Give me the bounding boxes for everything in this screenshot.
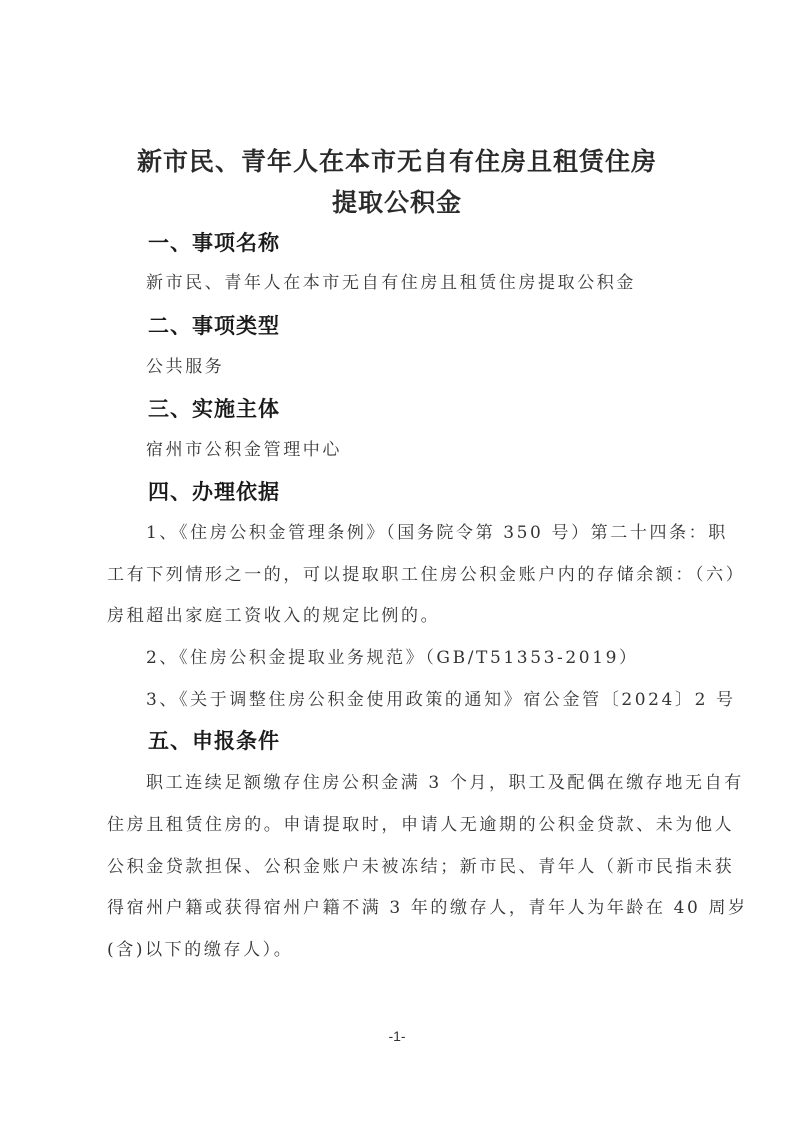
document-page: 新市民、青年人在本市无自有住房且租赁住房 提取公积金 一、事项名称 新市民、青年… xyxy=(0,0,794,1122)
document-title-line1: 新市民、青年人在本市无自有住房且租赁住房 xyxy=(0,142,794,178)
conditions-line: 得宿州户籍或获得宿州户籍不满 3 年的缴存人，青年人为年龄在 40 周岁 xyxy=(107,893,748,918)
section-heading-implementer: 三、实施主体 xyxy=(148,393,280,423)
document-title-line2: 提取公积金 xyxy=(0,183,794,219)
section-heading-item-type: 二、事项类型 xyxy=(148,310,280,340)
section-heading-legal-basis: 四、办理依据 xyxy=(148,476,280,506)
conditions-line: 职工连续足额缴存住房公积金满 3 个月，职工及配偶在缴存地无自有 xyxy=(146,768,744,793)
legal-basis-line: 3、《关于调整住房公积金使用政策的通知》宿公金管〔2024〕2 号 xyxy=(146,685,736,710)
item-type-text: 公共服务 xyxy=(146,352,224,377)
conditions-line: (含)以下的缴存人）。 xyxy=(107,935,293,960)
legal-basis-line: 工有下列情形之一的，可以提取职工住房公积金账户内的存储余额：（六） xyxy=(107,560,745,585)
conditions-line: 住房且租赁住房的。申请提取时，申请人无逾期的公积金贷款、未为他人 xyxy=(107,810,734,835)
section-heading-conditions: 五、申报条件 xyxy=(148,725,280,755)
legal-basis-line: 1、《住房公积金管理条例》（国务院令第 350 号）第二十四条：职 xyxy=(146,518,728,543)
item-name-text: 新市民、青年人在本市无自有住房且租赁住房提取公积金 xyxy=(146,268,636,293)
page-number: -1- xyxy=(0,1028,794,1044)
legal-basis-line: 2、《住房公积金提取业务规范》（GB/T51353-2019） xyxy=(146,643,639,668)
section-heading-item-name: 一、事项名称 xyxy=(148,227,280,257)
implementer-text: 宿州市公积金管理中心 xyxy=(146,435,342,460)
conditions-line: 公积金贷款担保、公积金账户未被冻结；新市民、青年人（新市民指未获 xyxy=(107,852,734,877)
legal-basis-line: 房租超出家庭工资收入的规定比例的。 xyxy=(107,601,440,626)
